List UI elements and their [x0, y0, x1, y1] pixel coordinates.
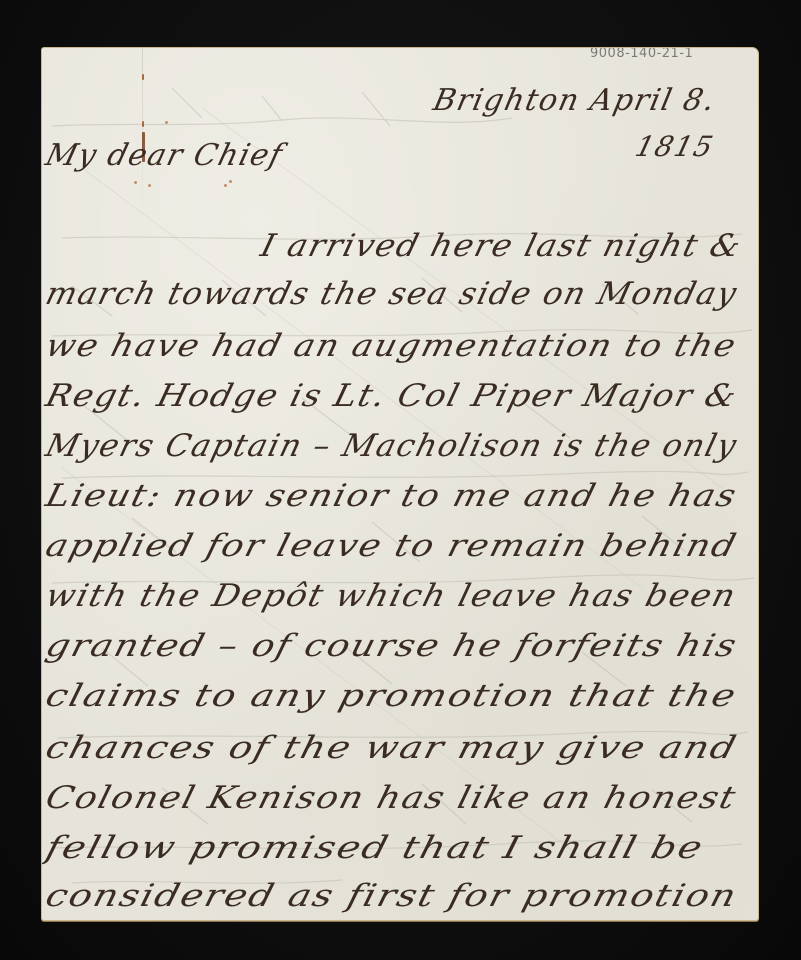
- letter-place-date: Brighton April 8.: [430, 83, 719, 118]
- accession-number: 9008-140-21-1: [590, 48, 693, 61]
- letter-line: march towards the sea side on Monday: [42, 276, 741, 312]
- rust-mark: [142, 121, 144, 127]
- rust-speck: [224, 184, 227, 187]
- letter-line: we have had an augmentation to the: [42, 328, 741, 364]
- letter-line: I arrived here last night &: [257, 228, 746, 264]
- rust-speck: [148, 184, 151, 187]
- letter-page: 9008-140-21-1 Brighton April 8. 1815 My …: [42, 48, 758, 920]
- rust-speck: [165, 121, 168, 124]
- salutation: My dear Chief: [42, 138, 287, 173]
- letter-line: granted – of course he forfeits his: [42, 628, 742, 664]
- letter-line: Lieut: now senior to me and he has: [42, 478, 741, 514]
- rust-speck: [134, 181, 137, 184]
- letter-year: 1815: [632, 130, 717, 163]
- letter-line: fellow promised that I shall be: [42, 830, 708, 866]
- letter-line: claims to any promotion that the: [42, 678, 741, 714]
- letter-line: chances of the war may give and: [42, 730, 741, 766]
- rust-mark: [142, 74, 144, 80]
- letter-line: applied for leave to remain behind: [42, 528, 741, 564]
- letter-line: Regt. Hodge is Lt. Col Piper Major &: [42, 378, 741, 414]
- rust-speck: [229, 180, 232, 183]
- letter-line: with the Depôt which leave has been: [42, 578, 741, 614]
- letter-line: Myers Captain – Macholison is the only: [42, 428, 741, 464]
- letter-line: Colonel Kenison has like an honest: [42, 780, 741, 816]
- letter-line: considered as first for promotion: [42, 878, 741, 914]
